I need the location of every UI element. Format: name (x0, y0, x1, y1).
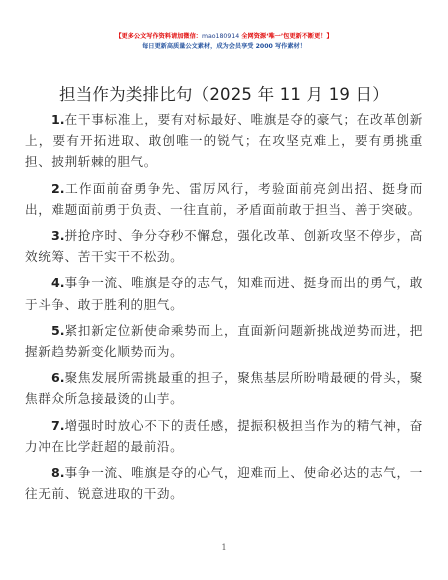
list-item: 6.聚焦发展所需挑最重的担子，聚焦基层所盼啃最硬的骨头，聚焦群众所急接最烫的山芋… (25, 367, 423, 409)
item-number: 6. (51, 370, 65, 385)
item-text: 工作面前奋勇争先、雷厉风行，考验面前亮剑出招、挺身而出，难题面前勇于负责、一往直… (25, 181, 423, 217)
promo-text-prefix: 【更多公文写作资料请加微信： (115, 33, 202, 40)
list-item: 2.工作面前奋勇争先、雷厉风行，考验面前亮剑出招、挺身而出，难题面前勇于负责、一… (25, 178, 423, 220)
page-number: 1 (0, 543, 448, 552)
list-item: 4.事争一流、唯旗是夺的志气，知难而进、挺身而出的勇气，敢于斗争、敢于胜利的胆气… (25, 272, 423, 314)
promo-text-suffix: 全网资源‘唯一’包更新不断更！】 (239, 33, 332, 40)
document-page: 【更多公文写作资料请加微信：mao180914 全网资源‘唯一’包更新不断更！】… (0, 0, 448, 580)
list-item: 8.事争一流、唯旗是夺的心气，迎难而上、使命必达的志气，一往无前、锐意进取的干劲… (25, 462, 423, 504)
wechat-id: mao180914 (202, 33, 239, 40)
list-item: 5.紧扣新定位新使命乘势而上，直面新问题新挑战逆势而进，把握新趋势新变化顺势而为… (25, 320, 423, 362)
item-text: 增强时时放心不下的责任感，提振积极担当作为的精气神，奋力冲在比学赶超的最前沿。 (25, 418, 423, 454)
list-item: 3.拼抢序时、争分夺秒不懈怠，强化改革、创新攻坚不停步，高效统筹、苦干实干不松劲… (25, 225, 423, 267)
item-number: 5. (51, 323, 65, 338)
item-number: 4. (51, 275, 65, 290)
promo-banner-line-2: 每日更新高质量公文素材，成为会员享受 2000 写作素材！ (0, 41, 448, 50)
item-text: 拼抢序时、争分夺秒不懈怠，强化改革、创新攻坚不停步，高效统筹、苦干实干不松劲。 (25, 228, 423, 264)
promo-banner-line-1: 【更多公文写作资料请加微信：mao180914 全网资源‘唯一’包更新不断更！】 (0, 31, 448, 40)
item-text: 紧扣新定位新使命乘势而上，直面新问题新挑战逆势而进，把握新趋势新变化顺势而为。 (25, 323, 423, 359)
item-number: 1. (51, 112, 65, 127)
item-text: 事争一流、唯旗是夺的志气，知难而进、挺身而出的勇气，敢于斗争、敢于胜利的胆气。 (25, 275, 423, 311)
item-text: 事争一流、唯旗是夺的心气，迎难而上、使命必达的志气，一往无前、锐意进取的干劲。 (25, 465, 423, 501)
document-title: 担当作为类排比句（2025 年 11 月 19 日） (0, 81, 448, 105)
item-number: 7. (51, 418, 65, 433)
document-body: 1.在干事标准上，要有对标最好、唯旗是夺的豪气；在改革创新上，要有开拓进取、敢创… (25, 109, 423, 509)
item-text: 在干事标准上，要有对标最好、唯旗是夺的豪气；在改革创新上，要有开拓进取、敢创唯一… (25, 112, 423, 169)
list-item: 7.增强时时放心不下的责任感，提振积极担当作为的精气神，奋力冲在比学赶超的最前沿… (25, 415, 423, 457)
item-number: 8. (51, 465, 65, 480)
list-item: 1.在干事标准上，要有对标最好、唯旗是夺的豪气；在改革创新上，要有开拓进取、敢创… (25, 109, 423, 173)
item-number: 3. (51, 228, 65, 243)
item-number: 2. (51, 181, 65, 196)
item-text: 聚焦发展所需挑最重的担子，聚焦基层所盼啃最硬的骨头，聚焦群众所急接最烫的山芋。 (25, 370, 423, 406)
